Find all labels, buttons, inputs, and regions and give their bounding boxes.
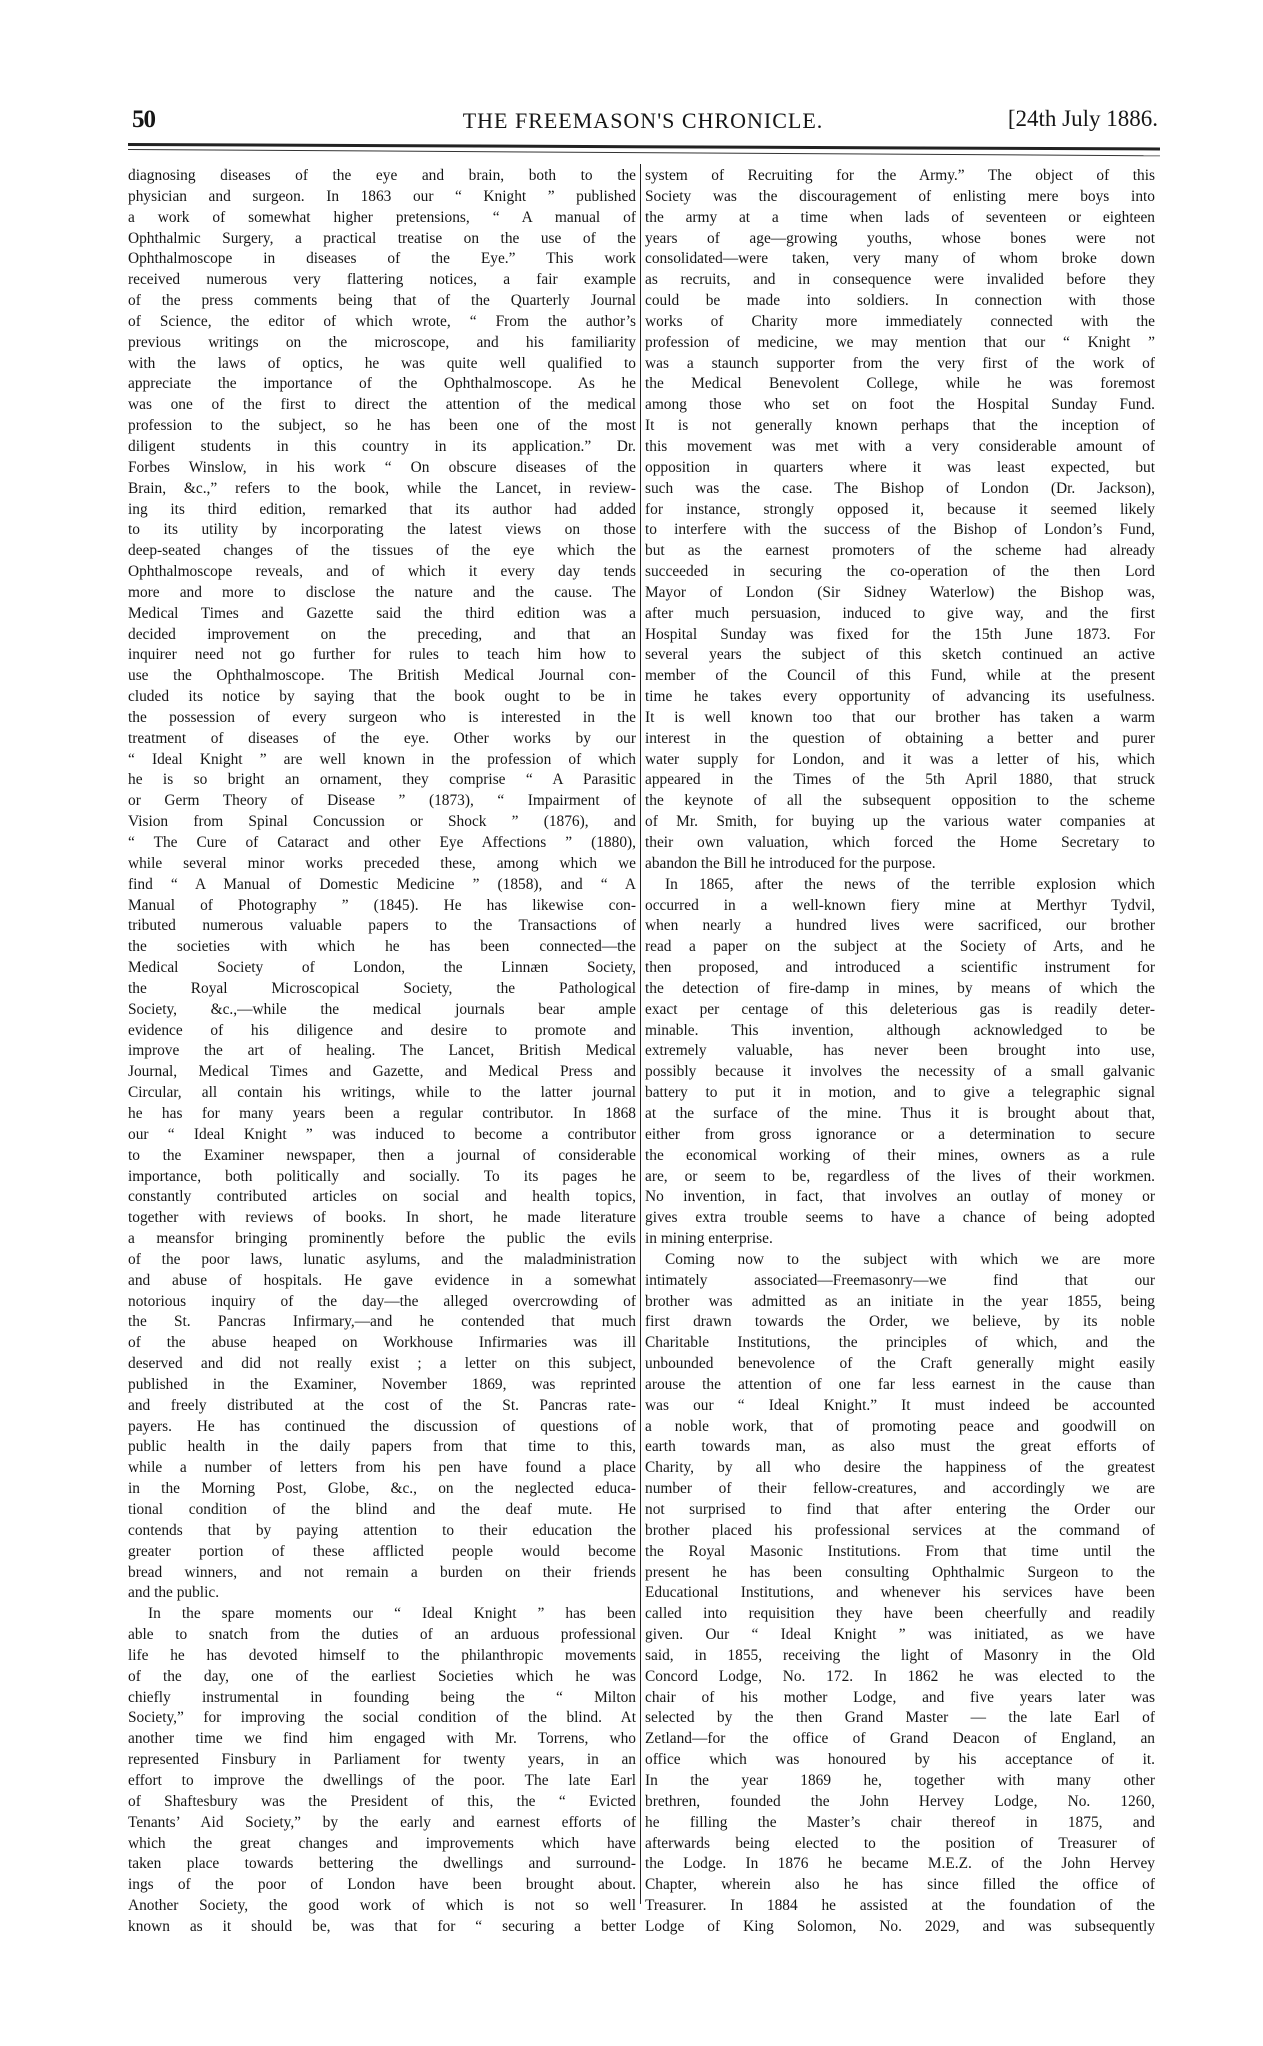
text-line: bread winners, and not remain a burden o…: [128, 1563, 636, 1584]
text-line: was a staunch supporter from the very fi…: [645, 354, 1155, 375]
text-line: the economical working of their mines, o…: [645, 1146, 1155, 1167]
text-line: Circular, all contain his writings, whil…: [128, 1083, 636, 1104]
article-column-left: diagnosing diseases of the eye and brain…: [128, 166, 636, 1938]
text-line: brethren, founded the John Hervey Lodge,…: [645, 1792, 1155, 1813]
text-line: ings of the poor of London have been bro…: [128, 1875, 636, 1896]
text-line: Treasurer. In 1884 he assisted at the fo…: [645, 1896, 1155, 1917]
text-line: inquirer need not go further for rules t…: [128, 645, 636, 666]
text-line: Coming now to the subject with which we …: [645, 1250, 1155, 1271]
text-line: not surprised to find that after enterin…: [645, 1500, 1155, 1521]
text-line: more and more to disclose the nature and…: [128, 583, 636, 604]
text-line: brother placed his professional services…: [645, 1521, 1155, 1542]
text-line: read a paper on the subject at the Socie…: [645, 937, 1155, 958]
text-line: abandon the Bill he introduced for the p…: [645, 854, 1155, 875]
text-line: the army at a time when lads of seventee…: [645, 208, 1155, 229]
text-line: works of Charity more immediately connec…: [645, 312, 1155, 333]
text-line: first drawn towards the Order, we believ…: [645, 1312, 1155, 1333]
text-line: in the Morning Post, Globe, &c., on the …: [128, 1479, 636, 1500]
text-line: profession of medicine, we may mention t…: [645, 333, 1155, 354]
text-line: years of age—growing youths, whose bones…: [645, 229, 1155, 250]
text-line: greater portion of these afflicted peopl…: [128, 1542, 636, 1563]
text-line: the keynote of all the subsequent opposi…: [645, 791, 1155, 812]
text-line: Manual of Photography ” (1845). He has l…: [128, 896, 636, 917]
text-line: published in the Examiner, November 1869…: [128, 1375, 636, 1396]
text-line: chair of his mother Lodge, and five year…: [645, 1688, 1155, 1709]
text-line: of the press comments being that of the …: [128, 291, 636, 312]
article-column-right: system of Recruiting for the Army.” The …: [645, 166, 1155, 1938]
text-line: for instance, strongly opposed it, becau…: [645, 500, 1155, 521]
text-line: Tenants’ Aid Society,” by the early and …: [128, 1813, 636, 1834]
text-line: after much persuasion, induced to give w…: [645, 604, 1155, 625]
text-line: appreciate the importance of the Ophthal…: [128, 374, 636, 395]
text-line: to its utility by incorporating the late…: [128, 520, 636, 541]
text-line: use the Ophthalmoscope. The British Medi…: [128, 666, 636, 687]
text-line: could be made into soldiers. In connecti…: [645, 291, 1155, 312]
masthead: 50 THE FREEMASON'S CHRONICLE. [24th July…: [128, 106, 1158, 136]
text-line: together with reviews of books. In short…: [128, 1208, 636, 1229]
text-line: brother was admitted as an initiate in t…: [645, 1292, 1155, 1313]
text-line: among those who set on foot the Hospital…: [645, 395, 1155, 416]
text-line: the Royal Microscopical Society, the Pat…: [128, 979, 636, 1000]
text-line: Vision from Spinal Concussion or Shock ”…: [128, 812, 636, 833]
text-line: member of the Council of this Fund, whil…: [645, 666, 1155, 687]
header-rule-thin: [128, 149, 1160, 156]
text-line: Ophthalmoscope reveals, and of which it …: [128, 562, 636, 583]
text-line: previous writings on the microscope, and…: [128, 333, 636, 354]
text-line: he has for many years been a regular con…: [128, 1104, 636, 1125]
text-line: intimately associated—Freemasonry—we fin…: [645, 1271, 1155, 1292]
text-line: when nearly a hundred lives were sacrifi…: [645, 916, 1155, 937]
text-line: our “ Ideal Knight ” was induced to beco…: [128, 1125, 636, 1146]
text-line: occurred in a well-known fiery mine at M…: [645, 896, 1155, 917]
text-line: minable. This invention, although acknow…: [645, 1021, 1155, 1042]
text-line: Ophthalmic Surgery, a practical treatise…: [128, 229, 636, 250]
text-line: battery to put it in motion, and to give…: [645, 1083, 1155, 1104]
text-line: earth towards man, as also must the grea…: [645, 1437, 1155, 1458]
text-line: Charity, by all who desire the happiness…: [645, 1458, 1155, 1479]
text-line: he is so bright an ornament, they compri…: [128, 770, 636, 791]
text-line: in mining enterprise.: [645, 1229, 1155, 1250]
text-line: Ophthalmoscope in diseases of the Eye.” …: [128, 249, 636, 270]
text-line: Medical Society of London, the Linnæn So…: [128, 958, 636, 979]
text-line: and abuse of hospitals. He gave evidence…: [128, 1271, 636, 1292]
text-line: In the spare moments our “ Ideal Knight …: [128, 1604, 636, 1625]
text-line: time he takes every opportunity of advan…: [645, 687, 1155, 708]
text-line: Educational Institutions, and whenever h…: [645, 1583, 1155, 1604]
text-line: called into requisition they have been c…: [645, 1604, 1155, 1625]
text-line: physician and surgeon. In 1863 our “ Kni…: [128, 187, 636, 208]
text-line: a noble work, that of promoting peace an…: [645, 1417, 1155, 1438]
text-line: Brain, &c.,” refers to the book, while t…: [128, 479, 636, 500]
text-line: and freely distributed at the cost of th…: [128, 1396, 636, 1417]
text-line: present he has been consulting Ophthalmi…: [645, 1563, 1155, 1584]
text-line: or Germ Theory of Disease ” (1873), “ Im…: [128, 791, 636, 812]
text-line: profession to the subject, so he has bee…: [128, 416, 636, 437]
text-line: consolidated—were taken, very many of wh…: [645, 249, 1155, 270]
text-line: contends that by paying attention to the…: [128, 1521, 636, 1542]
text-line: It is not generally known perhaps that t…: [645, 416, 1155, 437]
text-line: improve the art of healing. The Lancet, …: [128, 1041, 636, 1062]
text-line: Mayor of London (Sir Sidney Waterlow) th…: [645, 583, 1155, 604]
text-line: Lodge of King Solomon, No. 2029, and was…: [645, 1917, 1155, 1938]
text-line: succeeded in securing the co-operation o…: [645, 562, 1155, 583]
text-line: Medical Times and Gazette said the third…: [128, 604, 636, 625]
text-line: afterwards being elected to the position…: [645, 1834, 1155, 1855]
text-line: the St. Pancras Infirmary,—and he conten…: [128, 1312, 636, 1333]
text-line: such was the case. The Bishop of London …: [645, 479, 1155, 500]
text-line: Society, &c.,—while the medical journals…: [128, 1000, 636, 1021]
text-line: In 1865, after the news of the terrible …: [645, 875, 1155, 896]
text-line: possibly because it involves the necessi…: [645, 1062, 1155, 1083]
text-line: unbounded benevolence of the Craft gener…: [645, 1354, 1155, 1375]
text-line: Society was the discouragement of enlist…: [645, 187, 1155, 208]
text-line: It is well known too that our brother ha…: [645, 708, 1155, 729]
text-line: office which was honoured by his accepta…: [645, 1750, 1155, 1771]
text-line: notorious inquiry of the day—the alleged…: [128, 1292, 636, 1313]
text-line: decided improvement on the preceding, an…: [128, 625, 636, 646]
text-line: treatment of diseases of the eye. Other …: [128, 729, 636, 750]
text-line: public health in the daily papers from t…: [128, 1437, 636, 1458]
text-line: the possession of every surgeon who is i…: [128, 708, 636, 729]
text-line: known as it should be, was that for “ se…: [128, 1917, 636, 1938]
text-line: interest in the question of obtaining a …: [645, 729, 1155, 750]
column-divider: [640, 164, 641, 1904]
text-line: to interfere with the success of the Bis…: [645, 520, 1155, 541]
text-line: Forbes Winslow, in his work “ On obscure…: [128, 458, 636, 479]
text-line: of the poor laws, lunatic asylums, and t…: [128, 1250, 636, 1271]
text-line: Journal, Medical Times and Gazette, and …: [128, 1062, 636, 1083]
text-line: ing its third edition, remarked that its…: [128, 500, 636, 521]
text-line: Hospital Sunday was fixed for the 15th J…: [645, 625, 1155, 646]
text-line: Concord Lodge, No. 172. In 1862 he was e…: [645, 1667, 1155, 1688]
text-line: he filling the Master’s chair thereof in…: [645, 1813, 1155, 1834]
text-line: tional condition of the blind and the de…: [128, 1500, 636, 1521]
text-line: No invention, in fact, that involves an …: [645, 1187, 1155, 1208]
text-line: tributed numerous valuable papers to the…: [128, 916, 636, 937]
text-line: and the public.: [128, 1583, 636, 1604]
text-line: chiefly instrumental in founding being t…: [128, 1688, 636, 1709]
text-line: given. Our “ Ideal Knight ” was initiate…: [645, 1625, 1155, 1646]
text-line: Zetland—for the office of Grand Deacon o…: [645, 1729, 1155, 1750]
text-line: this movement was met with a very consid…: [645, 437, 1155, 458]
text-line: are, or seem to be, regardless of the li…: [645, 1167, 1155, 1188]
text-line: a meansfor bringing prominently before t…: [128, 1229, 636, 1250]
text-line: the Royal Masonic Institutions. From tha…: [645, 1542, 1155, 1563]
text-line: with the laws of optics, he was quite we…: [128, 354, 636, 375]
text-line: In the year 1869 he, together with many …: [645, 1771, 1155, 1792]
text-line: was one of the first to direct the atten…: [128, 395, 636, 416]
text-line: which the great changes and improvements…: [128, 1834, 636, 1855]
text-line: to the Examiner newspaper, then a journa…: [128, 1146, 636, 1167]
text-line: “ Ideal Knight ” are well known in the p…: [128, 750, 636, 771]
text-line: represented Finsbury in Parliament for t…: [128, 1750, 636, 1771]
text-line: gives extra trouble seems to have a chan…: [645, 1208, 1155, 1229]
text-line: Chapter, wherein also he has since fille…: [645, 1875, 1155, 1896]
text-line: of Mr. Smith, for buying up the various …: [645, 812, 1155, 833]
newspaper-title: THE FREEMASON'S CHRONICLE.: [128, 108, 1158, 134]
text-line: of the day, one of the earliest Societie…: [128, 1667, 636, 1688]
text-line: Society,” for improving the social condi…: [128, 1708, 636, 1729]
text-line: constantly contributed articles on socia…: [128, 1187, 636, 1208]
text-line: payers. He has continued the discussion …: [128, 1417, 636, 1438]
text-line: then proposed, and introduced a scientif…: [645, 958, 1155, 979]
text-line: importance, both politically and sociall…: [128, 1167, 636, 1188]
issue-date: [24th July 1886.: [1008, 106, 1158, 132]
text-line: the societies with which he has been con…: [128, 937, 636, 958]
text-line: but as the earnest promoters of the sche…: [645, 541, 1155, 562]
text-line: taken place towards bettering the dwelli…: [128, 1854, 636, 1875]
text-line: deep-seated changes of the tissues of th…: [128, 541, 636, 562]
text-line: a work of somewhat higher pretensions, “…: [128, 208, 636, 229]
text-line: selected by the then Grand Master — the …: [645, 1708, 1155, 1729]
text-line: life he has devoted himself to the phila…: [128, 1646, 636, 1667]
text-line: opposition in quarters where it was leas…: [645, 458, 1155, 479]
text-line: diligent students in this country in its…: [128, 437, 636, 458]
text-line: “ The Cure of Cataract and other Eye Aff…: [128, 833, 636, 854]
text-line: said, in 1855, receiving the light of Ma…: [645, 1646, 1155, 1667]
text-line: as recruits, and in consequence were inv…: [645, 270, 1155, 291]
text-line: diagnosing diseases of the eye and brain…: [128, 166, 636, 187]
text-line: evidence of his diligence and desire to …: [128, 1021, 636, 1042]
text-line: received numerous very flattering notice…: [128, 270, 636, 291]
text-line: another time we find him engaged with Mr…: [128, 1729, 636, 1750]
text-line: while a number of letters from his pen h…: [128, 1458, 636, 1479]
text-line: at the surface of the mine. Thus it is b…: [645, 1104, 1155, 1125]
text-line: cluded its notice by saying that the boo…: [128, 687, 636, 708]
text-line: of Science, the editor of which wrote, “…: [128, 312, 636, 333]
text-line: number of their fellow-creatures, and ac…: [645, 1479, 1155, 1500]
text-line: find “ A Manual of Domestic Medicine ” (…: [128, 875, 636, 896]
text-line: while several minor works preceded these…: [128, 854, 636, 875]
text-line: several years the subject of this sketch…: [645, 645, 1155, 666]
text-line: extremely valuable, has never been broug…: [645, 1041, 1155, 1062]
text-line: was our “ Ideal Knight.” It must indeed …: [645, 1396, 1155, 1417]
text-line: effort to improve the dwellings of the p…: [128, 1771, 636, 1792]
text-line: Another Society, the good work of which …: [128, 1896, 636, 1917]
text-line: system of Recruiting for the Army.” The …: [645, 166, 1155, 187]
text-line: their own valuation, which forced the Ho…: [645, 833, 1155, 854]
text-line: either from gross ignorance or a determi…: [645, 1125, 1155, 1146]
text-line: Charitable Institutions, the principles …: [645, 1333, 1155, 1354]
text-line: of the abuse heaped on Workhouse Infirma…: [128, 1333, 636, 1354]
text-line: deserved and did not really exist ; a le…: [128, 1354, 636, 1375]
text-line: appeared in the Times of the 5th April 1…: [645, 770, 1155, 791]
text-line: able to snatch from the duties of an ard…: [128, 1625, 636, 1646]
text-line: the Lodge. In 1876 he became M.E.Z. of t…: [645, 1854, 1155, 1875]
text-line: the Medical Benevolent College, while he…: [645, 374, 1155, 395]
text-line: water supply for London, and it was a le…: [645, 750, 1155, 771]
text-line: the detection of fire-damp in mines, by …: [645, 979, 1155, 1000]
text-line: arouse the attention of one far less ear…: [645, 1375, 1155, 1396]
text-line: exact per centage of this deleterious ga…: [645, 1000, 1155, 1021]
text-line: of Shaftesbury was the President of this…: [128, 1792, 636, 1813]
